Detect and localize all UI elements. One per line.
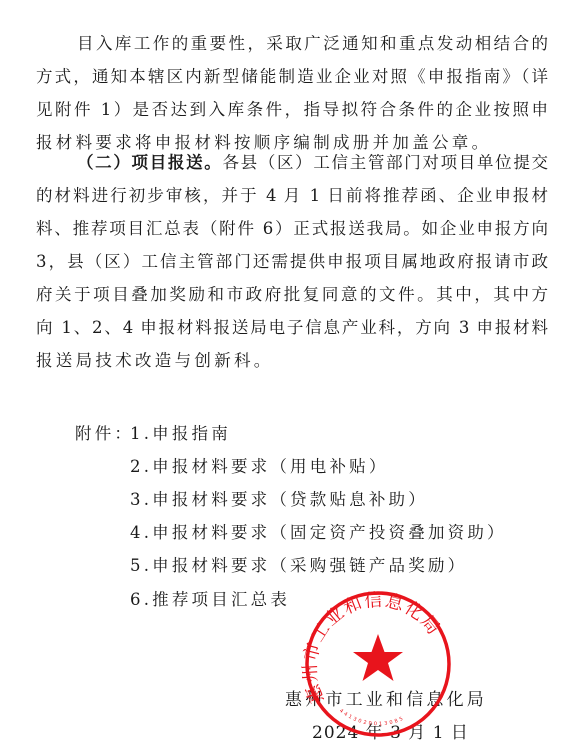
attachment-item: 4.申报材料要求（固定资产投资叠加资助） [130,522,507,544]
attachment-item: 3.申报材料要求（贷款贴息补助） [130,489,428,511]
seal-ring [307,593,449,735]
paragraph-1-line: 报材料要求将申报材料按顺序编制成册并加盖公章。 [36,132,548,154]
official-seal: 惠州市工业和信息化局 4413020013085 [298,584,458,744]
signature-date: 2024 年 3 月 1 日 [312,722,469,744]
attachment-item: 2.申报材料要求（用电补贴） [130,456,389,478]
paragraph-2-line: 的材料进行初步审核，并于 4 月 1 日前将推荐函、企业申报材 [36,185,548,207]
paragraph-2-text: 各县（区）工信主管部门对项目单位提交 [222,153,548,172]
attachments-label: 附件： [75,423,134,445]
star-icon [353,634,403,681]
paragraph-2-line: 府关于项目叠加奖励和市政府批复同意的文件。其中，其中方 [36,284,548,306]
attachment-item: 5.申报材料要求（采购强链产品奖励） [130,555,467,577]
paragraph-2-line: 报送局技术改造与创新科。 [36,350,548,372]
signature-organization: 惠州市工业和信息化局 [285,689,487,711]
paragraph-2-line: 向 1、2、4 申报材料报送局电子信息产业科，方向 3 申报材料 [36,317,548,339]
paragraph-2-line: 料、推荐项目汇总表（附件 6）正式报送我局。如企业申报方向 [36,218,548,240]
attachment-item: 6.推荐项目汇总表 [130,589,290,611]
attachment-item: 1.申报指南 [130,423,231,445]
section-heading: （二）项目报送。 [77,153,222,172]
paragraph-2-line: 3，县（区）工信主管部门还需提供申报项目属地政府报请市政 [36,251,548,273]
paragraph-1-line: 见附件 1）是否达到入库条件，指导拟符合条件的企业按照申 [36,99,548,121]
paragraph-1-line: 方式，通知本辖区内新型储能制造业企业对照《申报指南》（详 [36,66,548,88]
paragraph-2-first-line: （二）项目报送。各县（区）工信主管部门对项目单位提交 [77,152,548,174]
paragraph-1-line: 目入库工作的重要性，采取广泛通知和重点发动相结合的 [77,33,548,55]
